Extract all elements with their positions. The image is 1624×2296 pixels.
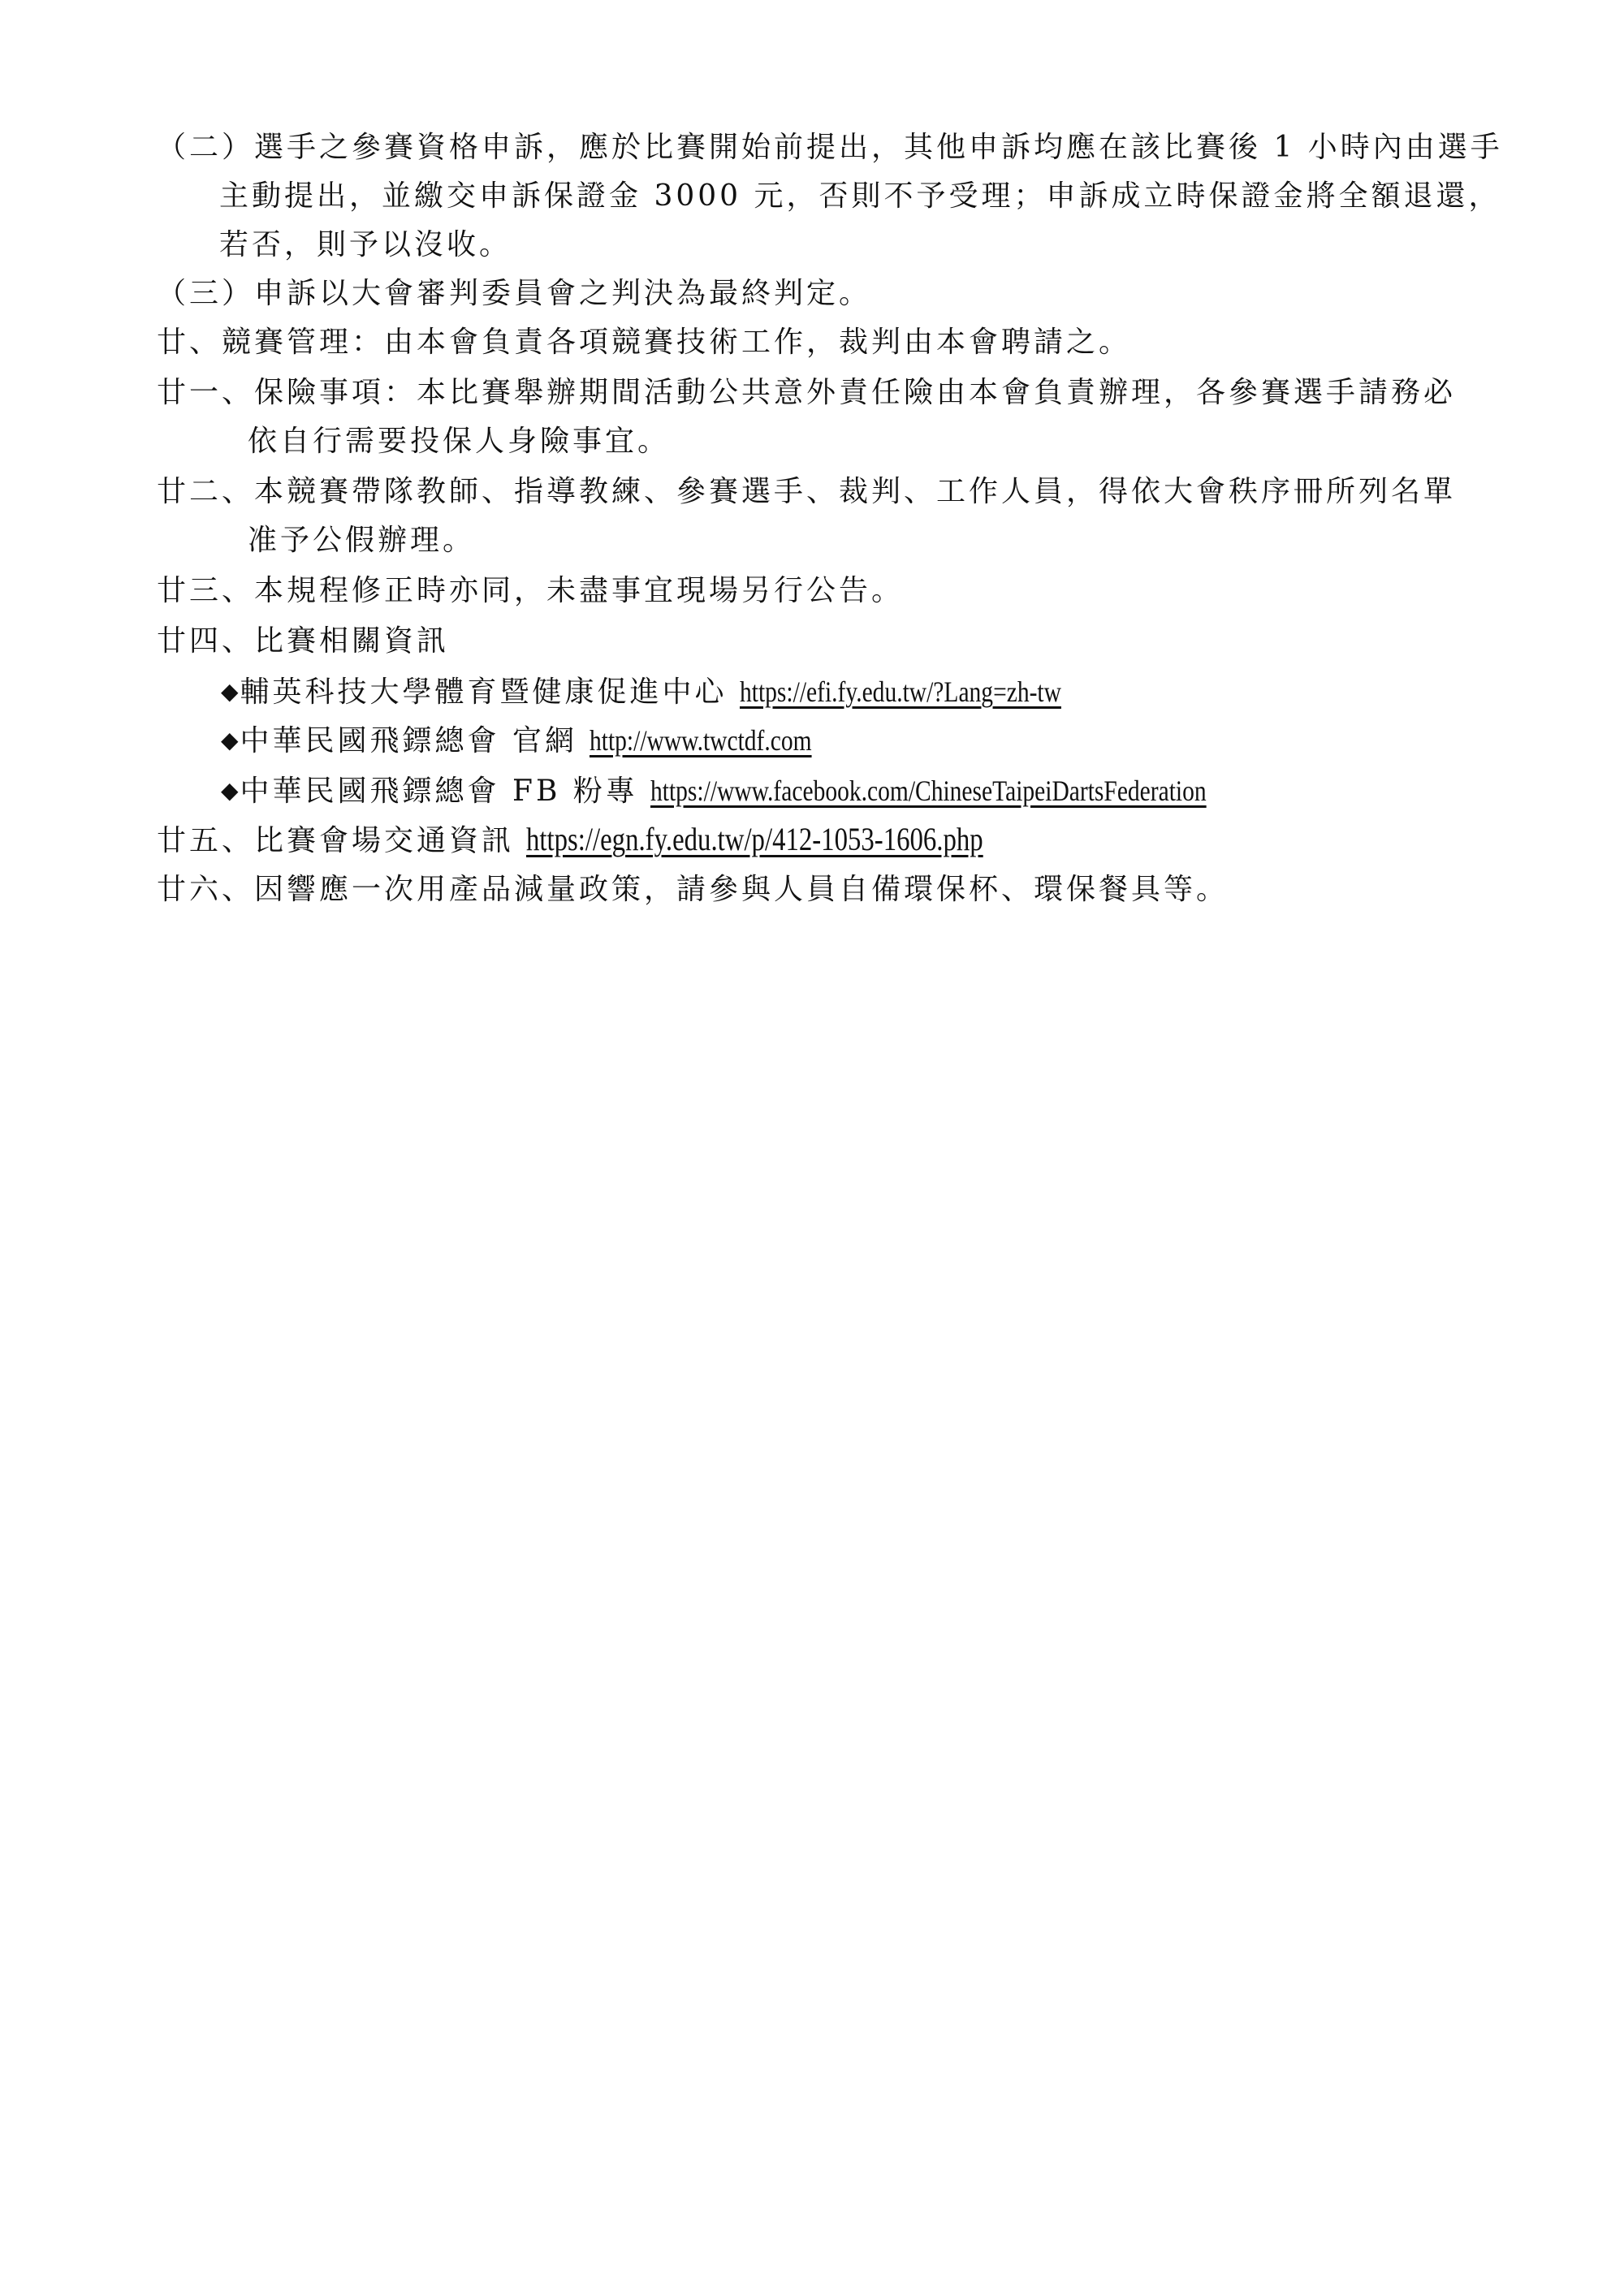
appeal-2-line1: （二）選手之參賽資格申訴，應於比賽開始前提出，其他申訴均應在該比賽後 1 小時內… [157,130,1503,166]
item-26: 廿六、因響應一次用產品減量政策，請參與人員自備環保杯、環保餐具等。 [157,872,1229,908]
item-21-line1: 廿一、保險事項：本比賽舉辦期間活動公共意外責任險由本會負責辦理，各參賽選手請務必 [157,375,1456,411]
item-25-label: 廿五、比賽會場交通資訊 [157,824,514,857]
bullet-item-twctdf-fb: ◆中華民國飛鏢總會 FB 粉專 https://www.facebook.com… [221,773,1328,809]
fy-center-link[interactable]: https://efi.fy.edu.tw/?Lang=zh-tw [740,674,1061,710]
diamond-bullet-icon: ◆ [221,678,239,705]
item-25: 廿五、比賽會場交通資訊 https://egn.fy.edu.tw/p/412-… [157,822,1084,859]
bullet-item-fy-center: ◆輔英科技大學體育暨健康促進中心 https://efi.fy.edu.tw/?… [221,674,1132,710]
item-22-line2: 准予公假辦理。 [248,523,475,559]
document-page: （二）選手之參賽資格申訴，應於比賽開始前提出，其他申訴均應在該比賽後 1 小時內… [0,0,1624,2296]
twctdf-website-link[interactable]: http://www.twctdf.com [590,723,812,758]
venue-transport-link[interactable]: https://egn.fy.edu.tw/p/412-1053-1606.ph… [526,822,983,857]
bullet-label: 中華民國飛鏢總會 FB 粉專 [240,775,638,808]
appeal-2-line3: 若否，則予以沒收。 [219,227,512,263]
appeal-3: （三）申訴以大會審判委員會之判決為最終判定。 [157,276,871,312]
item-24: 廿四、比賽相關資訊 [157,624,449,659]
bullet-item-twctdf-site: ◆中華民國飛鏢總會 官網 http://www.twctdf.com [221,723,861,759]
item-20: 廿、競賽管理：由本會負責各項競賽技術工作，裁判由本會聘請之。 [157,325,1131,360]
diamond-bullet-icon: ◆ [221,727,239,753]
appeal-2-line2: 主動提出，並繳交申訴保證金 3000 元，否則不予受理；申訴成立時保證金將全額退… [219,179,1501,214]
diamond-bullet-icon: ◆ [221,777,239,804]
item-22-line1: 廿二、本競賽帶隊教師、指導教練、參賽選手、裁判、工作人員，得依大會秩序冊所列名單 [157,474,1456,510]
twctdf-facebook-link[interactable]: https://www.facebook.com/ChineseTaipeiDa… [650,773,1207,809]
bullet-label: 輔英科技大學體育暨健康促進中心 [240,675,728,709]
bullet-label: 中華民國飛鏢總會 官網 [240,724,577,757]
item-23: 廿三、本規程修正時亦同，未盡事宜現場另行公告。 [157,573,904,609]
item-21-line2: 依自行需要投保人身險事宜。 [248,424,670,460]
